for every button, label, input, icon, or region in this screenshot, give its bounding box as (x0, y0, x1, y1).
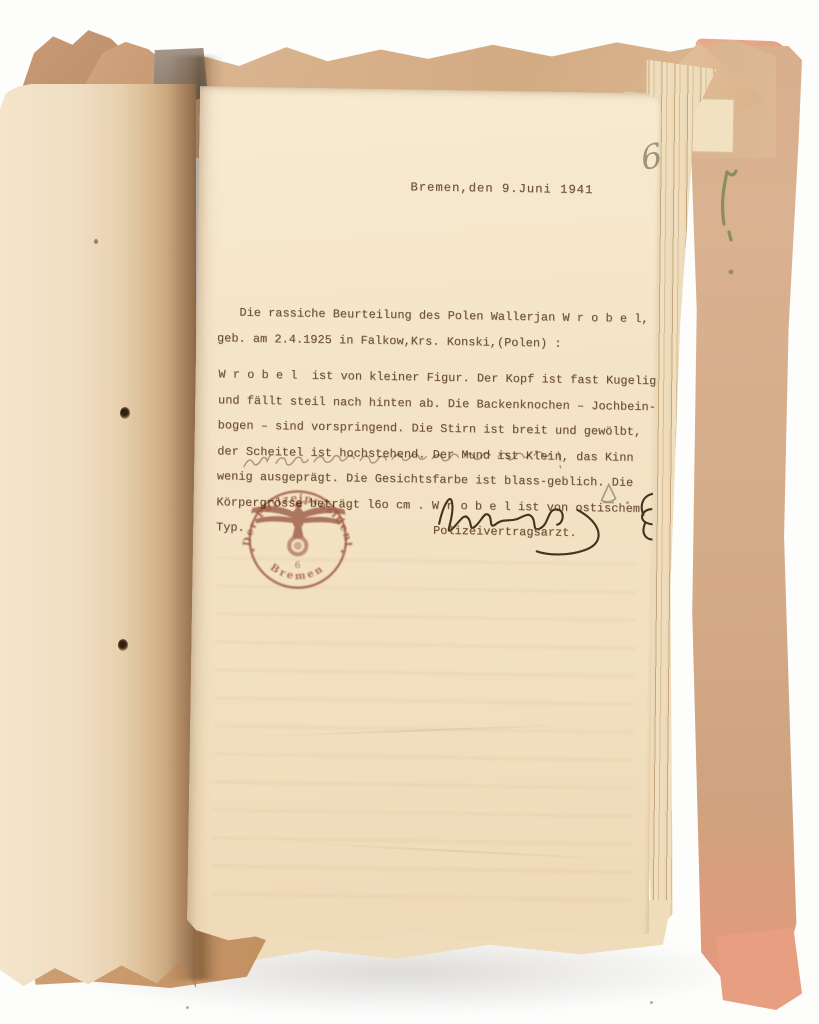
dust-speck (186, 1006, 189, 1009)
pencil-delta-mark (602, 484, 616, 502)
typed-line: geb. am 2.4.1925 in Falkow,Krs. Konski,(… (217, 326, 562, 357)
signature-caption: Polizeivertragsarzt. (433, 519, 577, 547)
paper-speck (94, 239, 98, 244)
police-stamp: Der Polizeipräsident Bremen 6 (221, 462, 375, 616)
archive-photo: 6 Bremen,den 9.Juni 1941 Die rassiche Be… (0, 0, 819, 1024)
pink-folder-bottom (716, 928, 802, 1010)
document-page: 6 Bremen,den 9.Juni 1941 Die rassiche Be… (186, 86, 662, 965)
left-page (0, 84, 196, 988)
green-pencil-mark (712, 166, 748, 282)
dateline: Bremen,den 9.Juni 1941 (410, 175, 593, 203)
stamp-eagle-icon (251, 500, 345, 555)
dust-speck (650, 1001, 653, 1004)
stamp-number: 6 (294, 561, 300, 571)
binding-hole (120, 407, 130, 419)
binding-hole (118, 639, 128, 651)
